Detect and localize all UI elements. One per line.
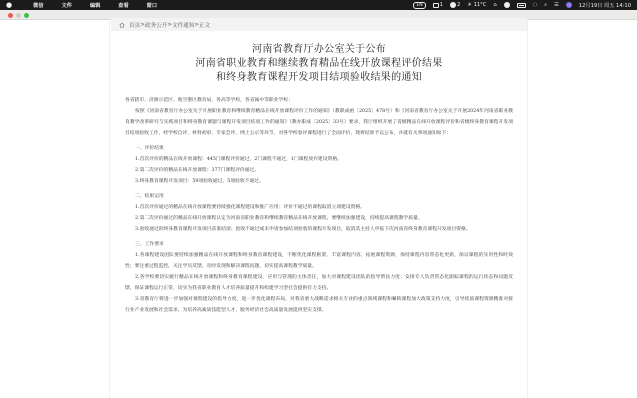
section-item: 1.首次评价的精品在线开放课程：445门课程评价通过，2门课程不通过，1门课程放… <box>125 154 513 165</box>
article-title: 河南省教育厅办公室关于公布 河南省职业教育和继续教育精品在线开放课程评价结果 和… <box>125 43 513 85</box>
section-item: 1.各课程建设团队要持续加强精品在线开放课程和终身教育课程建设，不断优化课程框架… <box>125 250 513 272</box>
intro-paragraph: 按照《河南省教育厅办公室关于开展职业教育和继续教育精品在线开放课程评价工作的通知… <box>125 106 513 139</box>
focus-status-icon[interactable] <box>504 2 510 8</box>
maximize-window-button[interactable] <box>24 13 29 18</box>
home-status-icon[interactable]: ⌂ <box>493 2 496 8</box>
weather-status[interactable]: ☀ 11°C <box>467 2 486 8</box>
close-window-button[interactable] <box>8 13 13 18</box>
breadcrumb: 首页 > 政务公开 > 文件通知 > 正文 <box>111 18 527 31</box>
breadcrumb-home[interactable]: 首页 <box>129 21 140 29</box>
clock-datetime[interactable]: 12月19日 周五 14:10 <box>579 2 631 9</box>
breadcrumb-current: 正文 <box>199 21 210 29</box>
system-menu-bar: ● 微信 文件 编辑 查看 窗口 EN 1 2 ☀ 11°C ⌂ ◌ ⌕ ☰ 1… <box>0 0 637 10</box>
search-icon[interactable]: ⌕ <box>544 2 547 9</box>
window-controls <box>8 13 29 18</box>
input-method-icon[interactable]: EN <box>413 2 425 9</box>
section-item: 3.省教育厅将进一步加强对课程建设的指导力度，进一步优化课程布局，对我省重大战略… <box>125 294 513 316</box>
battery-icon[interactable] <box>517 3 526 8</box>
section-item: 2.第二次评价通过的精品在线开放课程认定为河南省职业教育和继续教育精品在线开放课… <box>125 213 513 224</box>
salutation: 各省辖市、济源示范区、航空港区教育局，各高等学校，各省属中等职业学校： <box>125 95 513 106</box>
section-item: 3.验收通过的终身教育课程开发项目获准结项；验收不通过或未申请参加结项验收的课程… <box>125 224 513 235</box>
menu-item-view[interactable]: 查看 <box>108 2 128 9</box>
title-line-2: 河南省职业教育和继续教育精品在线开放课程评价结果 <box>125 57 513 71</box>
siri-icon[interactable] <box>566 2 572 8</box>
section-item: 3.终身教育课程开发项目：59项验收通过，5项验收不通过。 <box>125 176 513 187</box>
section-heading: 二、结果运用 <box>125 191 513 202</box>
title-line-3: 和终身教育课程开发项目结项验收结果的通知 <box>125 71 513 85</box>
control-center-icon[interactable]: ☰ <box>554 2 559 8</box>
article: 河南省教育厅办公室关于公布 河南省职业教育和继续教育精品在线开放课程评价结果 和… <box>111 31 527 316</box>
section-heading: 一、评价结果 <box>125 143 513 154</box>
section-item: 2.各学校要切实履行精品在线开放课程和终身教育课程建设、应用与管理的主体责任，加… <box>125 272 513 294</box>
home-icon <box>119 22 125 28</box>
article-body: 各省辖市、济源示范区、航空港区教育局，各高等学校，各省属中等职业学校： 按照《河… <box>125 95 513 316</box>
minimize-window-button[interactable] <box>16 13 21 18</box>
breadcrumb-gov-affairs[interactable]: 政务公开 <box>145 21 167 29</box>
right-blank-column <box>527 21 637 398</box>
wifi-icon[interactable]: ◌ <box>533 2 538 8</box>
apple-menu-icon[interactable]: ● <box>6 2 12 9</box>
wechat-status-icon[interactable]: 2 <box>450 2 460 8</box>
notification-status-icon[interactable]: 1 <box>433 2 443 8</box>
section-item: 1.首次评价通过的精品在线开放课程要持续强化课程建设和推广应用；评价不通过的课程… <box>125 202 513 213</box>
menu-item-wechat[interactable]: 微信 <box>23 2 43 9</box>
menu-item-file[interactable]: 文件 <box>52 2 72 9</box>
menu-item-edit[interactable]: 编辑 <box>80 2 100 9</box>
section-heading: 三、工作要求 <box>125 239 513 250</box>
breadcrumb-notices[interactable]: 文件通知 <box>172 21 194 29</box>
section-item: 2.第二次评价的精品在线开放课程：377门课程评价通过。 <box>125 165 513 176</box>
menu-item-window[interactable]: 窗口 <box>137 2 157 9</box>
left-blank-column <box>0 21 110 398</box>
title-line-1: 河南省教育厅办公室关于公布 <box>125 43 513 57</box>
